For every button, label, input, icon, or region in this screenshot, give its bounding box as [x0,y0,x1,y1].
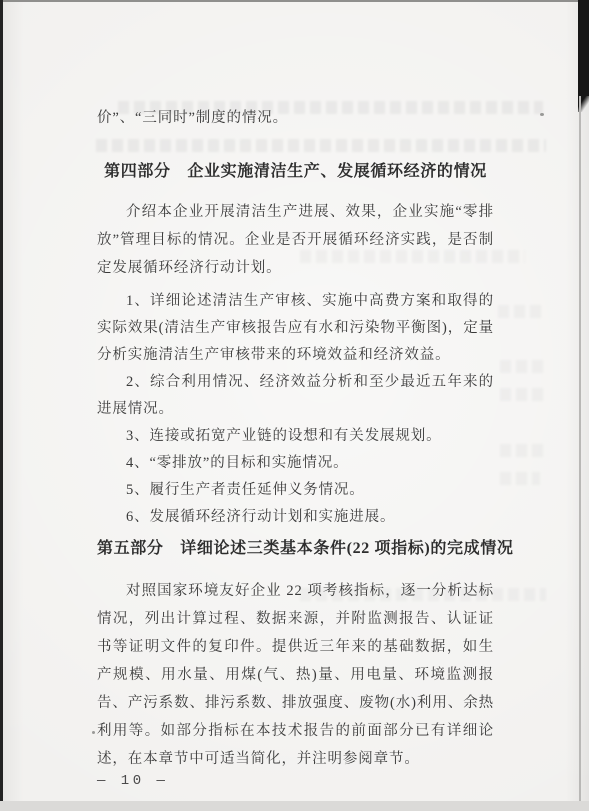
scanned-document-page: 价”、“三同时”制度的情况。 第四部分 企业实施清洁生产、发展循环经济的情况 介… [0,0,589,811]
list-item: 5、履行生产者责任延伸义务情况。 [97,477,494,504]
section4-intro-paragraph: 介绍本企业开展清洁生产进展、效果，企业实施“零排放”管理目标的情况。企业是否开展… [97,198,494,282]
scan-edge-right-strip [578,0,589,96]
list-item: 3、连接或拓宽产业链的设想和有关发展规划。 [97,423,494,450]
list-item: 1、详细论述清洁生产审核、实施中高费方案和取得的实际效果(清洁生产审核报告应有水… [97,288,494,369]
bleedthrough-mark [498,305,546,318]
bleedthrough-mark [500,388,546,401]
bleedthrough-mark [500,444,544,457]
section5-heading: 第五部分 详细论述三类基本条件(22 项指标)的完成情况 [97,535,494,563]
section5-body-paragraph: 对照国家环境友好企业 22 项考核指标，逐一分析达标情况，列出计算过程、数据来源… [97,577,494,773]
scan-edge-left [0,0,3,811]
carryover-line: 价”、“三同时”制度的情况。 [97,104,494,132]
section4-item-list: 1、详细论述清洁生产审核、实施中高费方案和取得的实际效果(清洁生产审核报告应有水… [97,288,494,531]
scan-speck [92,731,95,734]
scan-edge-right-line [579,96,581,811]
document-body: 价”、“三同时”制度的情况。 第四部分 企业实施清洁生产、发展循环经济的情况 介… [97,104,494,809]
section4-heading: 第四部分 企业实施清洁生产、发展循环经济的情况 [97,158,494,186]
list-item: 2、综合利用情况、经济效益分析和至少最近五年来的进展情况。 [97,369,494,423]
list-item: 4、“零排放”的目标和实施情况。 [97,450,494,477]
scan-edge-top [0,0,589,2]
bleedthrough-mark [500,472,540,485]
list-item: 6、发展循环经济行动计划和实施进展。 [97,504,494,531]
bleedthrough-mark [500,360,546,373]
